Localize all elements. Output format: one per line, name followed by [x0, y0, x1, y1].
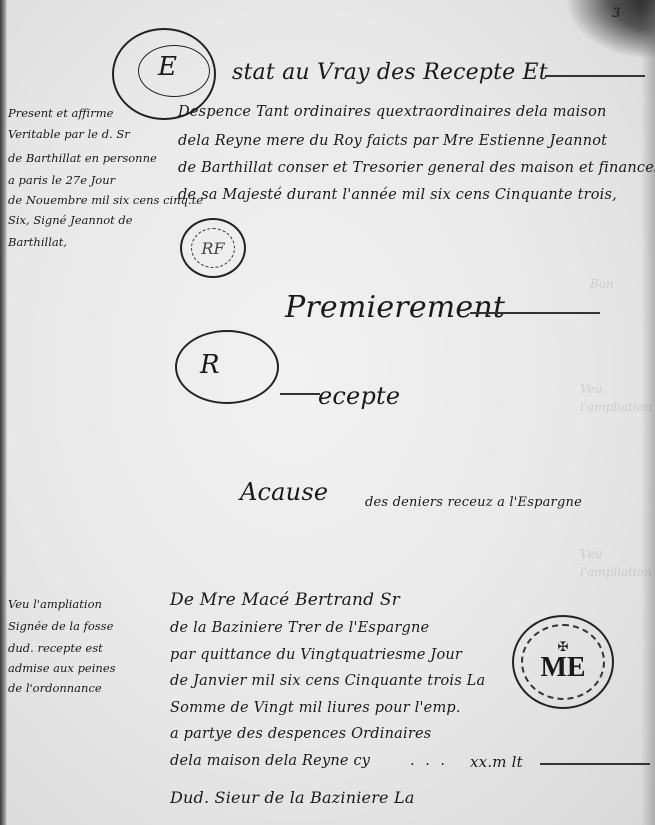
- heading-rule: [470, 312, 600, 314]
- header-line: Despence Tant ordinaires quextraordinair…: [178, 104, 607, 120]
- stamp-monogram: ME: [540, 654, 585, 682]
- section-heading-recepte: ecepte: [318, 382, 400, 410]
- header-line: de Barthillat conser et Tresorier genera…: [178, 160, 655, 176]
- section-heading-premierement: Premierement: [285, 290, 505, 325]
- margin-line: de Nouembre mil six cens cinq.te: [8, 192, 203, 209]
- entry-amount: xx.m lt: [470, 753, 523, 771]
- margin-line: Veritable par le d. Sr: [8, 126, 130, 143]
- margin-line: de l'ordonnance: [8, 680, 102, 697]
- margin-line: Six, Signé Jeannot de: [8, 212, 133, 229]
- entry-line: dela maison dela Reyne cy: [170, 753, 370, 769]
- margin-line: Present et affirme: [8, 105, 113, 122]
- missions-etrangeres-stamp: ✠ ME: [512, 615, 614, 709]
- margin-line: Signée de la fosse: [8, 618, 113, 635]
- margin-line: Veu l'ampliation: [8, 596, 102, 613]
- leader-dots: . . .: [410, 753, 448, 769]
- flourish-initial-letter: R: [200, 350, 220, 380]
- page-number: 3: [612, 6, 620, 21]
- library-stamp-monogram: RF: [191, 228, 235, 268]
- title-underline: [545, 75, 645, 77]
- bleed-through-text: Veu l'ampliation: [580, 380, 655, 416]
- amount-rule: [540, 763, 650, 765]
- subheading-text: des deniers receuz a l'Espargne: [365, 495, 582, 510]
- margin-line: admise aux peines: [8, 660, 116, 677]
- bleed-through-text: Bon: [590, 275, 614, 293]
- margin-line: a paris le 27e Jour: [8, 172, 115, 189]
- entry-line: a partye des despences Ordinaires: [170, 726, 431, 742]
- margin-line: dud. recepte est: [8, 640, 103, 657]
- flourish-stroke: [280, 393, 320, 395]
- entry-continuation: Dud. Sieur de la Baziniere La: [170, 788, 415, 807]
- library-stamp: RF: [180, 218, 246, 278]
- entry-line: par quittance du Vingtquatriesme Jour: [170, 647, 462, 663]
- entry-line: de la Baziniere Trer de l'Espargne: [170, 620, 429, 636]
- subheading-acause: Acause: [240, 478, 328, 506]
- header-line: de sa Majesté durant l'année mil six cen…: [178, 187, 617, 203]
- entry-line: de Janvier mil six cens Cinquante trois …: [170, 673, 485, 689]
- margin-line: de Barthillat en personne: [8, 150, 157, 167]
- decorated-initial-letter: E: [158, 52, 177, 82]
- document-title: stat au Vray des Recepte Et: [232, 60, 548, 85]
- manuscript-page: 3 Bon Veu l'ampliation Veu l'ampliation …: [0, 0, 655, 825]
- header-line: dela Reyne mere du Roy faicts par Mre Es…: [178, 133, 607, 149]
- flourish-initial-ring: [175, 330, 279, 404]
- bleed-through-text: Veu l'ampliation: [580, 545, 655, 581]
- page-binding-shadow: [0, 0, 7, 825]
- margin-line: Barthillat,: [8, 234, 67, 251]
- entry-line: De Mre Macé Bertrand Sr: [170, 590, 400, 610]
- entry-line: Somme de Vingt mil liures pour l'emp.: [170, 700, 461, 716]
